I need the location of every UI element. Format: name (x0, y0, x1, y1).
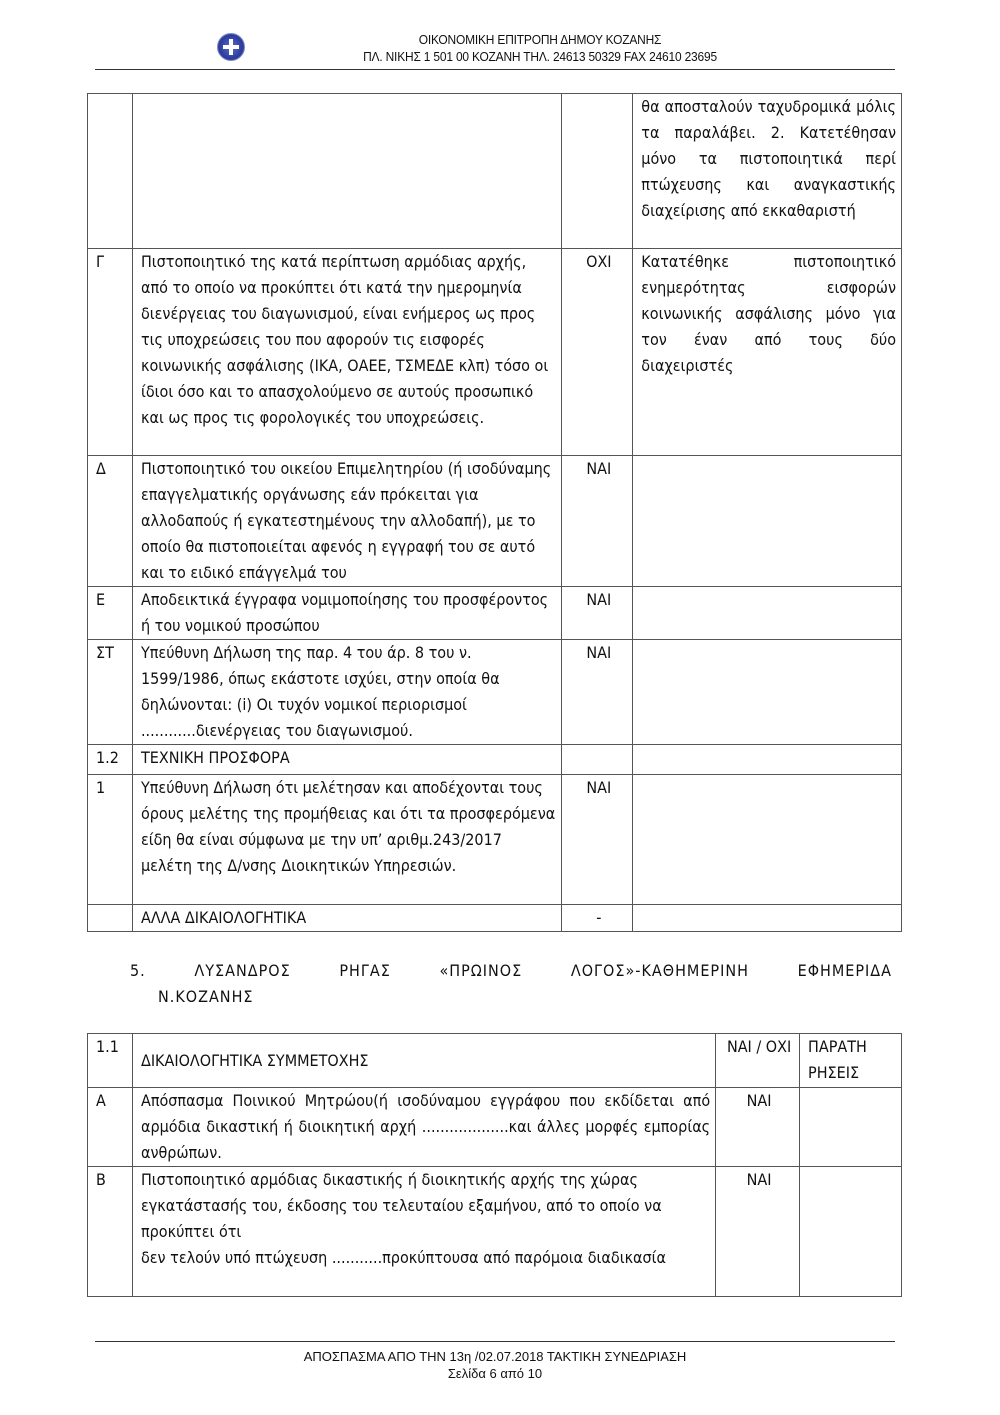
row-description: Πιστοποιητικό αρμόδιας δικαστικής ή διοι… (132, 1167, 715, 1297)
table-header-row: 1.1 ΔΙΚΑΙΟΛΟΓΗΤΙΚΑ ΣΥΜΜΕΤΟΧΗΣ ΝΑΙ / ΟΧΙ … (88, 1034, 902, 1088)
row-description: Υπεύθυνη Δήλωση ότι μελέτησαν και αποδέχ… (132, 775, 561, 905)
table-row: Γ Πιστοποιητικό της κατά περίπτωση αρμόδ… (88, 249, 902, 456)
table-row: 1 Υπεύθυνη Δήλωση ότι μελέτησαν και αποδ… (88, 775, 902, 905)
row-answer: ΟΧΙ (562, 249, 633, 456)
row-code (88, 905, 133, 932)
row-remarks (633, 905, 902, 932)
row-description-part2: δεν τελούν υπό πτώχευση ...........προκύ… (141, 1245, 710, 1271)
header-code: 1.1 (88, 1034, 133, 1088)
row-code (88, 94, 133, 249)
documents-table-2: 1.1 ΔΙΚΑΙΟΛΟΓΗΤΙΚΑ ΣΥΜΜΕΤΟΧΗΣ ΝΑΙ / ΟΧΙ … (87, 1033, 902, 1297)
table-row: θα αποσταλούν ταχυδρομικά μόλις τα παραλ… (88, 94, 902, 249)
table-row: ΑΛΛΑ ΔΙΚΑΙΟΛΟΓΗΤΙΚΑ - (88, 905, 902, 932)
row-description: ΑΛΛΑ ΔΙΚΑΙΟΛΟΓΗΤΙΚΑ (132, 905, 561, 932)
row-answer (562, 94, 633, 249)
section-word: ΡΗΓΑΣ (339, 958, 390, 984)
row-answer: ΝΑΙ (562, 587, 633, 640)
row-description-part1: Πιστοποιητικό αρμόδιας δικαστικής ή διοι… (141, 1167, 710, 1245)
table-row: Δ Πιστοποιητικό του οικείου Επιμελητηρίο… (88, 456, 902, 587)
section-word: ΕΦΗΜΕΡΙΔΑ (798, 958, 892, 984)
header-organization: ΟΙΚΟΝΟΜΙΚΗ ΕΠΙΤΡΟΠΗ ΔΗΜΟΥ ΚΟΖΑΝΗΣ (172, 32, 908, 47)
table-row: 1.2 ΤΕΧΝΙΚΗ ΠΡΟΣΦΟΡΑ (88, 745, 902, 775)
row-remarks (633, 745, 902, 775)
section-word: «ΠΡΩΙΝΟΣ (439, 958, 522, 984)
row-remarks (633, 775, 902, 905)
row-remarks (800, 1167, 902, 1297)
section-number: 5. (130, 958, 146, 984)
row-code: 1 (88, 775, 133, 905)
row-description: ΤΕΧΝΙΚΗ ΠΡΟΣΦΟΡΑ (132, 745, 561, 775)
row-description (132, 94, 561, 249)
table-row: Α Απόσπασμα Ποινικού Μητρώου(ή ισοδύναμο… (88, 1088, 902, 1167)
row-code: Β (88, 1167, 133, 1297)
page-footer: ΑΠΟΣΠΑΣΜΑ ΑΠΟ ΤΗΝ 13η /02.07.2018 ΤΑΚΤΙΚ… (95, 1348, 895, 1382)
footer-meeting: ΑΠΟΣΠΑΣΜΑ ΑΠΟ ΤΗΝ 13η /02.07.2018 ΤΑΚΤΙΚ… (95, 1348, 895, 1365)
row-code: 1.2 (88, 745, 133, 775)
section-word: ΛΟΓΟΣ»-ΚΑΘΗΜΕΡΙΝΗ (571, 958, 749, 984)
row-remarks: Κατατέθηκε πιστοποιητικό ενημερότητας ει… (633, 249, 902, 456)
row-code: Γ (88, 249, 133, 456)
row-code: Α (88, 1088, 133, 1167)
row-description: Πιστοποιητικό της κατά περίπτωση αρμόδια… (132, 249, 561, 456)
row-answer: - (562, 905, 633, 932)
header-answer: ΝΑΙ / ΟΧΙ (716, 1034, 800, 1088)
table-row: Ε Αποδεικτικά έγγραφα νομιμοποίησης του … (88, 587, 902, 640)
section-title-line2: Ν.ΚΟΖΑΝΗΣ (130, 984, 892, 1010)
row-answer: ΝΑΙ (562, 456, 633, 587)
row-description: Υπεύθυνη Δήλωση της παρ. 4 του άρ. 8 του… (132, 640, 561, 745)
row-description: Πιστοποιητικό του οικείου Επιμελητηρίου … (132, 456, 561, 587)
row-code: Ε (88, 587, 133, 640)
row-answer: ΝΑΙ (562, 640, 633, 745)
row-remarks (633, 587, 902, 640)
page-header: ΟΙΚΟΝΟΜΙΚΗ ΕΠΙΤΡΟΠΗ ΔΗΜΟΥ ΚΟΖΑΝΗΣ ΠΛ. ΝΙ… (95, 30, 895, 70)
section-5-title: 5. ΛΥΣΑΝΔΡΟΣ ΡΗΓΑΣ «ΠΡΩΙΝΟΣ ΛΟΓΟΣ»-ΚΑΘΗΜ… (130, 958, 892, 1010)
row-remarks (633, 456, 902, 587)
row-answer: ΝΑΙ (716, 1167, 800, 1297)
row-answer: ΝΑΙ (562, 775, 633, 905)
header-description: ΔΙΚΑΙΟΛΟΓΗΤΙΚΑ ΣΥΜΜΕΤΟΧΗΣ (132, 1034, 715, 1088)
header-remarks: ΠΑΡΑΤΗ ΡΗΣΕΙΣ (800, 1034, 902, 1088)
page-number: Σελίδα 6 από 10 (95, 1365, 895, 1382)
row-remarks: θα αποσταλούν ταχυδρομικά μόλις τα παραλ… (633, 94, 902, 249)
header-divider (95, 69, 895, 70)
row-description: Αποδεικτικά έγγραφα νομιμοποίησης του πρ… (132, 587, 561, 640)
row-description: Απόσπασμα Ποινικού Μητρώου(ή ισοδύναμου … (132, 1088, 715, 1167)
footer-divider (95, 1341, 895, 1342)
header-address: ΠΛ. ΝΙΚΗΣ 1 501 00 ΚΟΖΑΝΗ ΤΗΛ. 24613 503… (172, 49, 908, 64)
row-code: ΣΤ (88, 640, 133, 745)
row-answer: ΝΑΙ (716, 1088, 800, 1167)
table-row: ΣΤ Υπεύθυνη Δήλωση της παρ. 4 του άρ. 8 … (88, 640, 902, 745)
row-remarks (800, 1088, 902, 1167)
row-answer (562, 745, 633, 775)
row-remarks (633, 640, 902, 745)
section-word: ΛΥΣΑΝΔΡΟΣ (194, 958, 290, 984)
documents-table-1: θα αποσταλούν ταχυδρομικά μόλις τα παραλ… (87, 93, 902, 932)
table-row: Β Πιστοποιητικό αρμόδιας δικαστικής ή δι… (88, 1167, 902, 1297)
row-code: Δ (88, 456, 133, 587)
